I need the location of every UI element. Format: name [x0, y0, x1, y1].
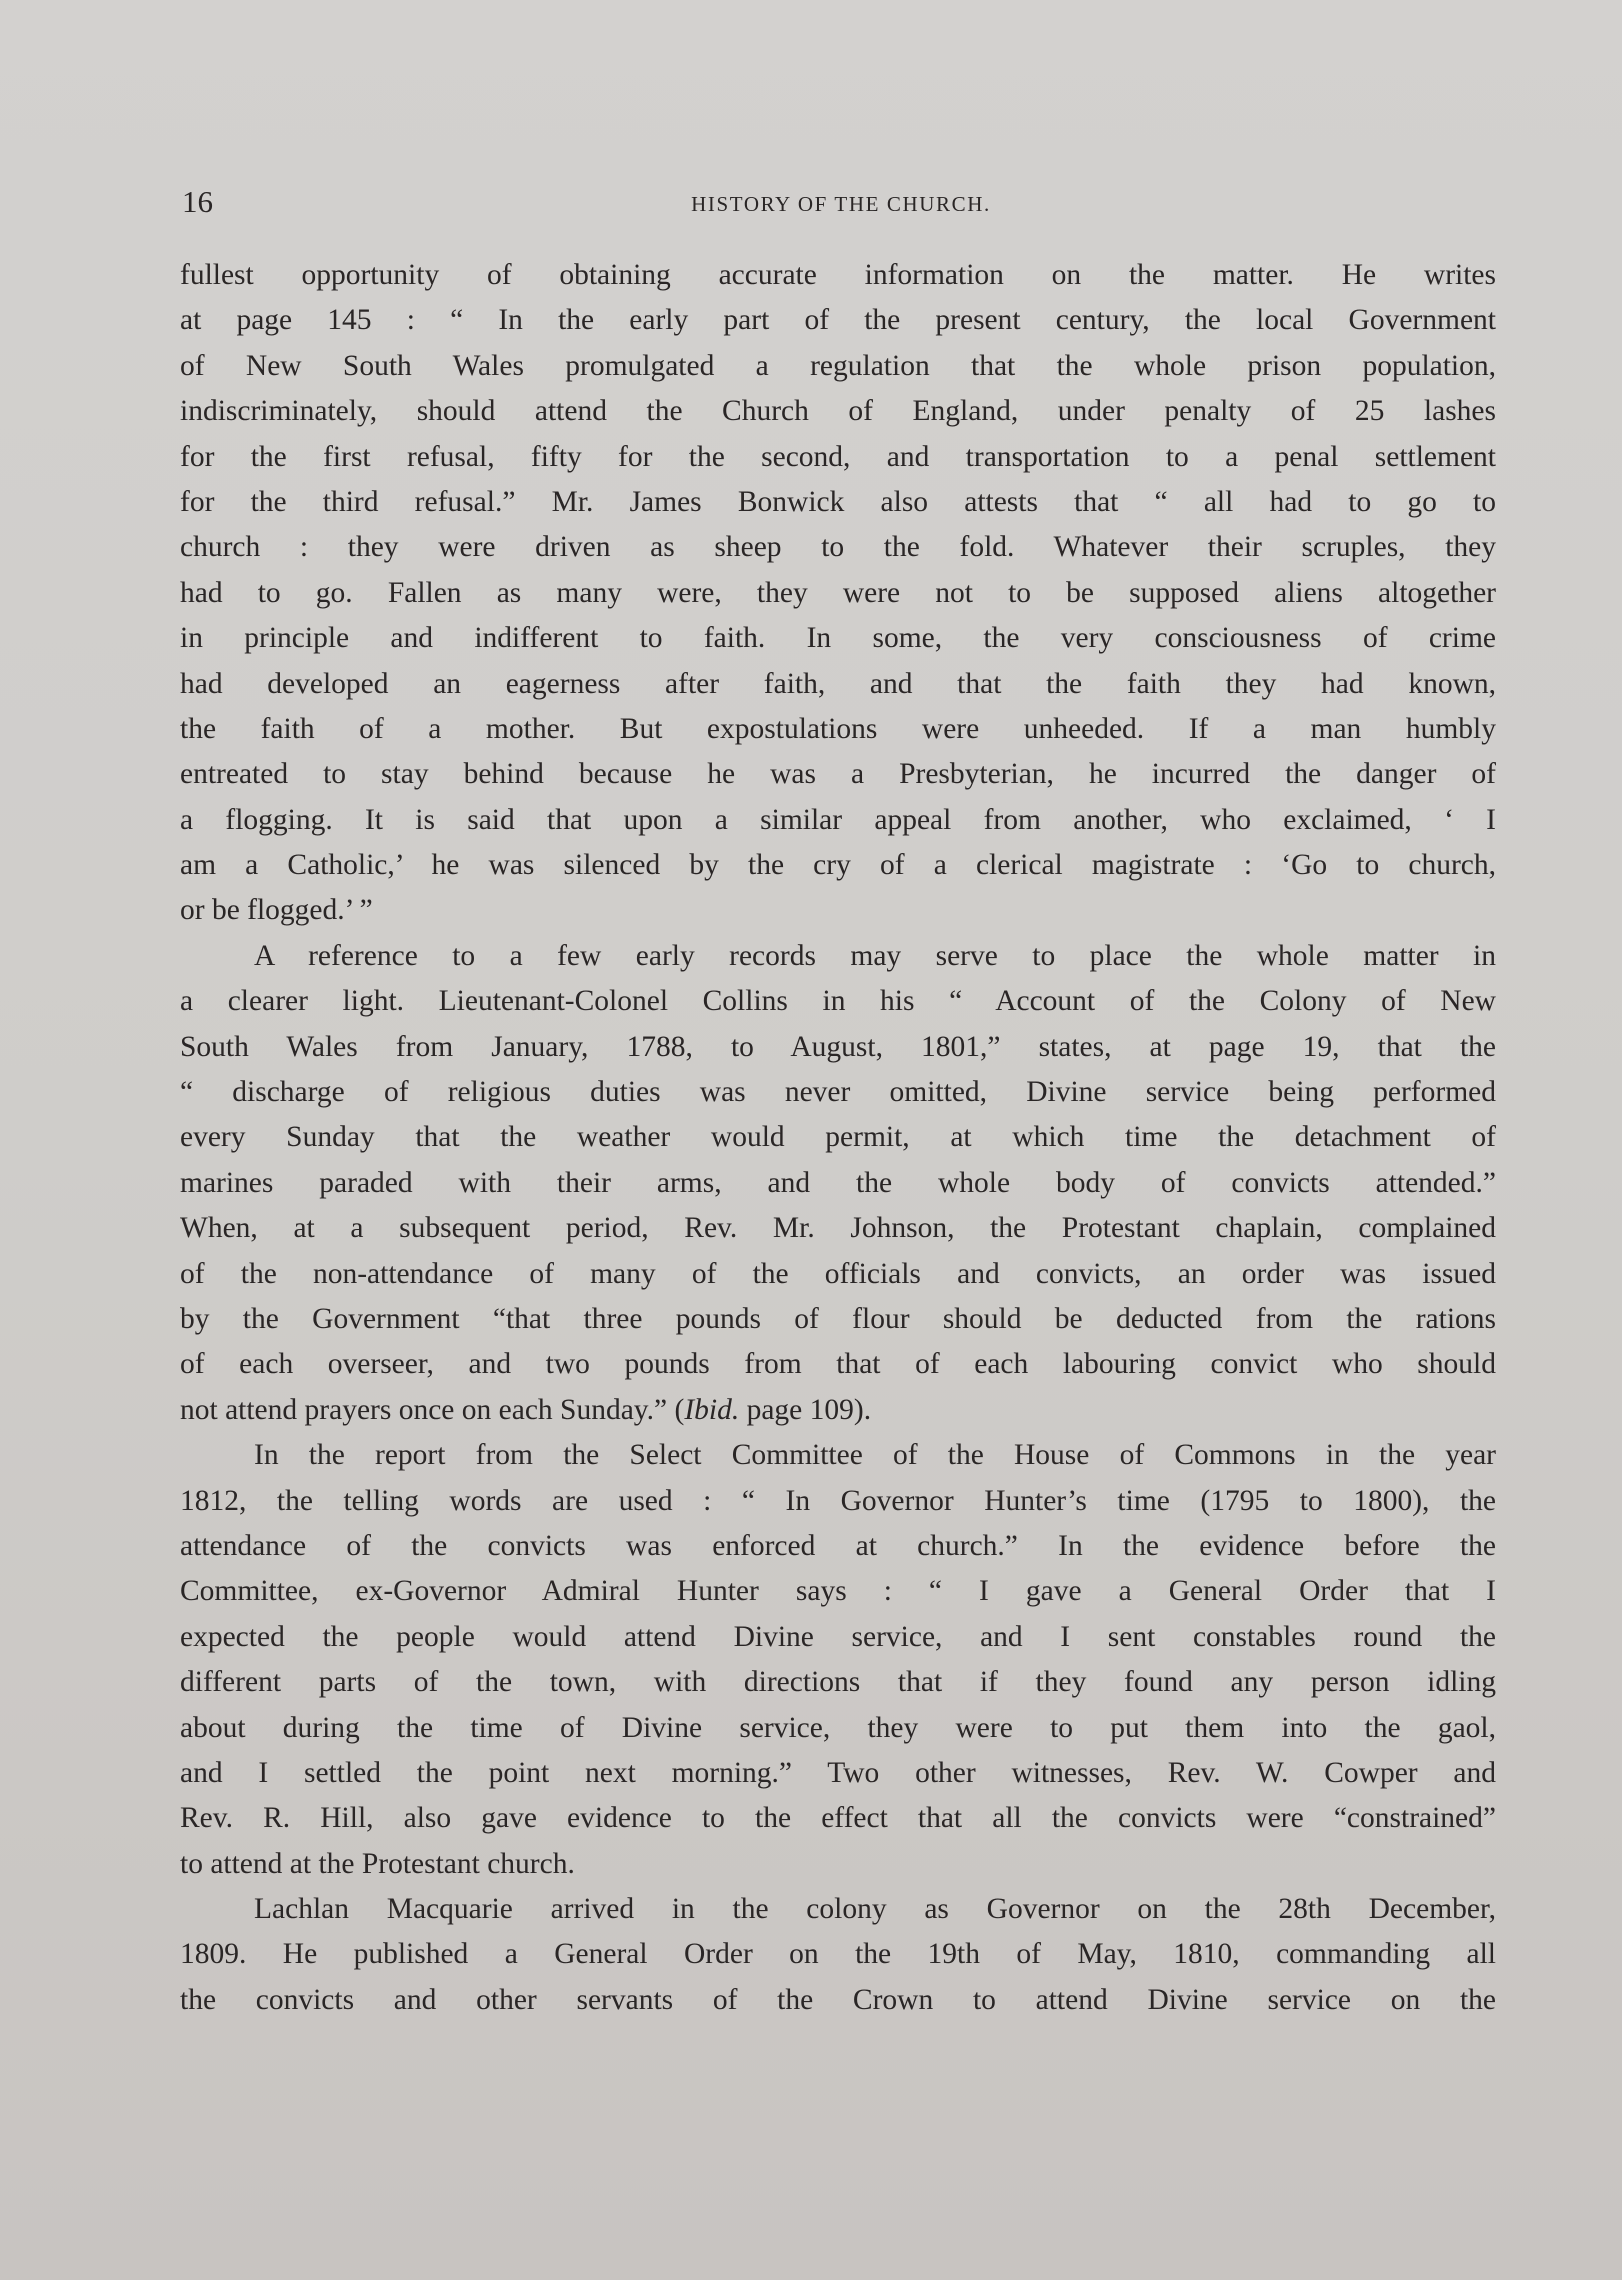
text-line: at page 145 : “ In the early part of the… — [180, 298, 1496, 343]
text-line: In the report from the Select Committee … — [180, 1433, 1496, 1478]
text-line: of each overseer, and two pounds from th… — [180, 1342, 1496, 1387]
text-segment: not attend prayers once on each Sunday.”… — [180, 1394, 684, 1426]
text-line: attendance of the convicts was enforced … — [180, 1524, 1496, 1569]
citation-ibid: Ibid. — [684, 1394, 739, 1426]
text-line: for the first refusal, fifty for the sec… — [180, 435, 1496, 480]
text-line: in principle and indifferent to faith. I… — [180, 616, 1496, 661]
text-line: had to go. Fallen as many were, they wer… — [180, 571, 1496, 616]
paragraph-4: Lachlan Macquarie arrived in the colony … — [180, 1887, 1496, 2023]
text-line: of New South Wales promulgated a regulat… — [180, 344, 1496, 389]
text-line: Lachlan Macquarie arrived in the colony … — [180, 1887, 1496, 1932]
text-line: fullest opportunity of obtaining accurat… — [180, 253, 1496, 298]
text-line: 1812, the telling words are used : “ In … — [180, 1479, 1496, 1524]
body-text: fullest opportunity of obtaining accurat… — [180, 253, 1496, 2023]
text-line: entreated to stay behind because he was … — [180, 752, 1496, 797]
text-line: Rev. R. Hill, also gave evidence to the … — [180, 1796, 1496, 1841]
text-line: every Sunday that the weather would perm… — [180, 1115, 1496, 1160]
paragraph-2: A reference to a few early records may s… — [180, 934, 1496, 1433]
text-line: “ discharge of religious duties was neve… — [180, 1070, 1496, 1115]
text-line: the faith of a mother. But expostulation… — [180, 707, 1496, 752]
text-line: about during the time of Divine service,… — [180, 1706, 1496, 1751]
text-line: Committee, ex-Governor Admiral Hunter sa… — [180, 1569, 1496, 1614]
text-line: a flogging. It is said that upon a simil… — [180, 798, 1496, 843]
paragraph-1: fullest opportunity of obtaining accurat… — [180, 253, 1496, 934]
text-line: When, at a subsequent period, Rev. Mr. J… — [180, 1206, 1496, 1251]
text-line: South Wales from January, 1788, to Augus… — [180, 1025, 1496, 1070]
text-line-with-citation: not attend prayers once on each Sunday.”… — [180, 1388, 1496, 1433]
text-segment: page 109). — [739, 1394, 871, 1426]
text-line: expected the people would attend Divine … — [180, 1615, 1496, 1660]
text-line: the convicts and other servants of the C… — [180, 1978, 1496, 2023]
text-line: 1809. He published a General Order on th… — [180, 1932, 1496, 1977]
text-line: or be flogged.’ ” — [180, 888, 1496, 933]
text-line: by the Government “that three pounds of … — [180, 1297, 1496, 1342]
text-line: to attend at the Protestant church. — [180, 1842, 1496, 1887]
text-line: for the third refusal.” Mr. James Bonwic… — [180, 480, 1496, 525]
text-line: had developed an eagerness after faith, … — [180, 662, 1496, 707]
running-head: HISTORY OF THE CHURCH. — [0, 192, 1622, 217]
text-line: marines paraded with their arms, and the… — [180, 1161, 1496, 1206]
text-line: and I settled the point next morning.” T… — [180, 1751, 1496, 1796]
text-line: different parts of the town, with direct… — [180, 1660, 1496, 1705]
text-line: A reference to a few early records may s… — [180, 934, 1496, 979]
paragraph-3: In the report from the Select Committee … — [180, 1433, 1496, 1887]
text-line: of the non-attendance of many of the off… — [180, 1252, 1496, 1297]
text-line: a clearer light. Lieutenant-Colonel Coll… — [180, 979, 1496, 1024]
text-line: indiscriminately, should attend the Chur… — [180, 389, 1496, 434]
text-line: church : they were driven as sheep to th… — [180, 525, 1496, 570]
text-line: am a Catholic,’ he was silenced by the c… — [180, 843, 1496, 888]
